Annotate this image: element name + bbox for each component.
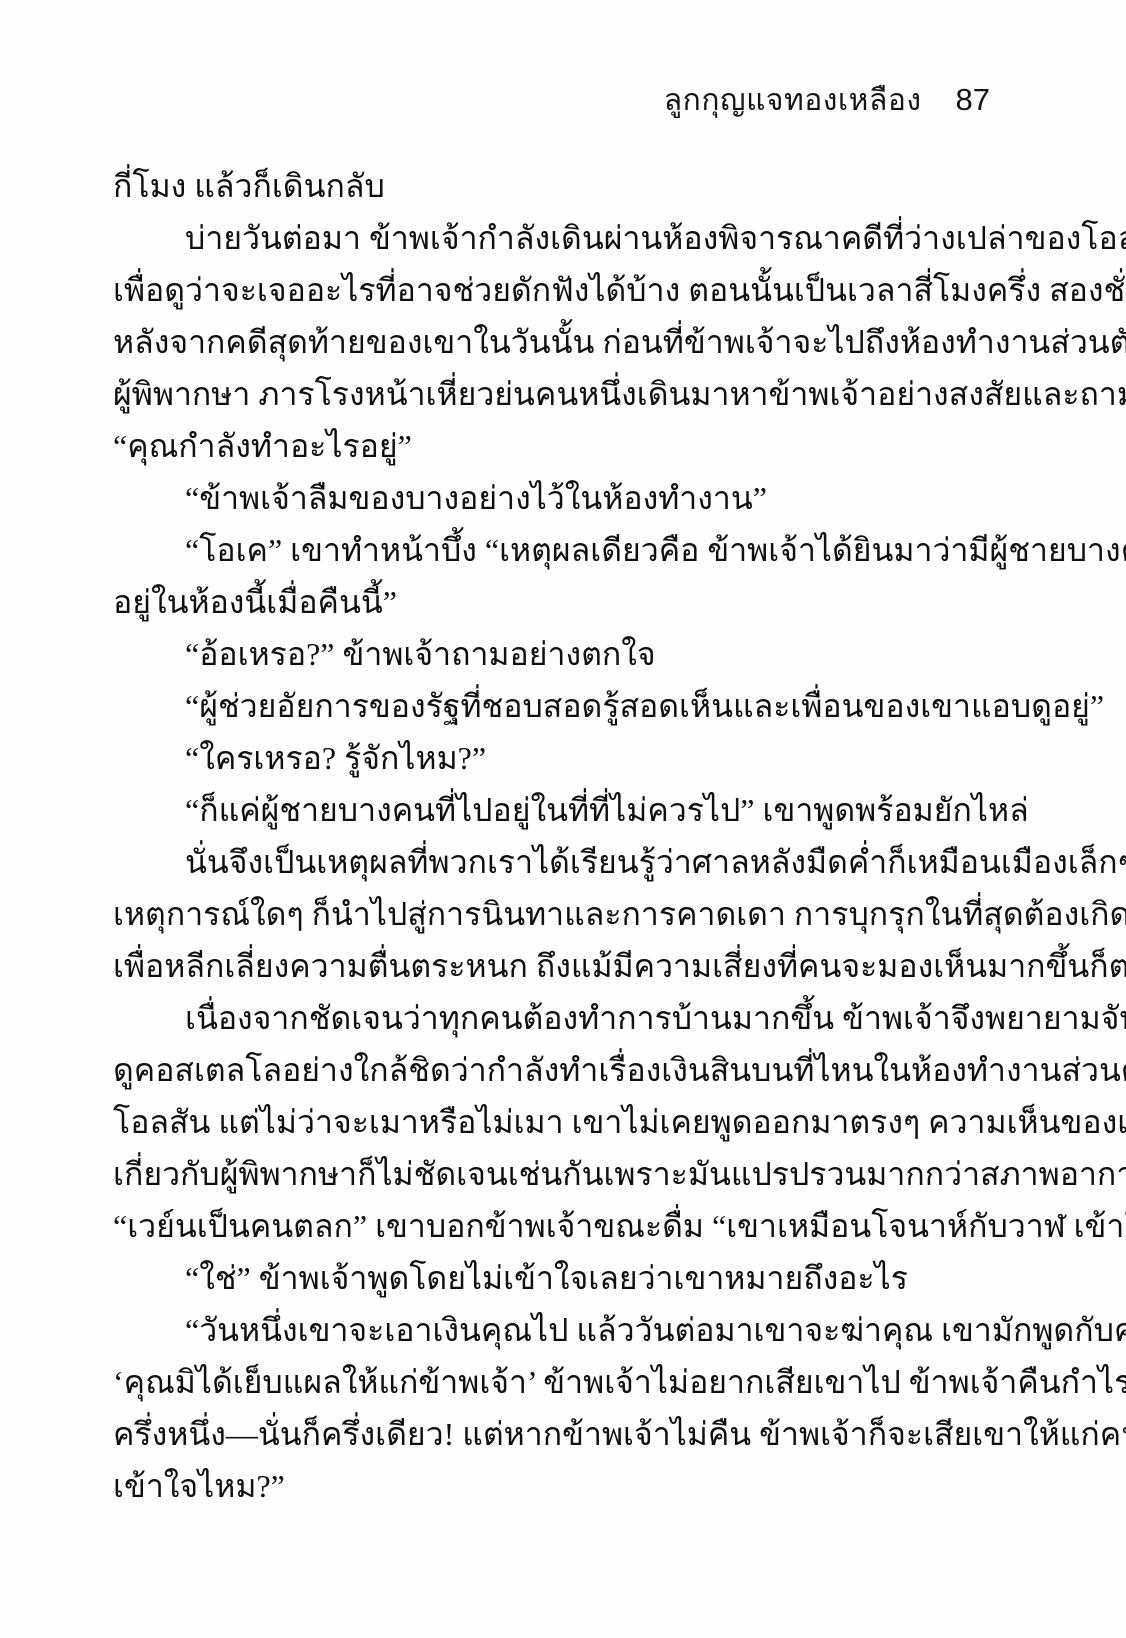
text-line: “ก็แค่ผู้ชายบางคนที่ไปอยู่ในที่ที่ไม่ควร… [113,784,1018,836]
text-line: “คุณกำลังทำอะไรอยู่” [113,420,1018,472]
text-line: “ข้าพเจ้าลืมของบางอย่างไว้ในห้องทำงาน” [113,472,1018,524]
text-line: บ่ายวันต่อมา ข้าพเจ้ากำลังเดินผ่านห้องพิ… [113,212,1018,264]
text-line: เหตุการณ์ใดๆ ก็นำไปสู่การนินทาและการคาดเ… [113,888,1018,940]
text-line: “อ้อเหรอ?” ข้าพเจ้าถามอย่างตกใจ [113,628,1018,680]
text-line: ดูคอสเตลโลอย่างใกล้ชิดว่ากำลังทำเรื่องเง… [113,1044,1018,1096]
text-line: หลังจากคดีสุดท้ายของเขาในวันนั้น ก่อนที่… [113,316,1018,368]
text-line: ‘คุณมิได้เย็บแผลให้แก่ข้าพเจ้า’ ข้าพเจ้า… [113,1356,1018,1408]
text-line: อยู่ในห้องนี้เมื่อคืนนี้” [113,576,1018,628]
text-line: เข้าใจไหม?” [113,1460,1018,1512]
text-line: ผู้พิพากษา ภารโรงหน้าเหี่ยวย่นคนหนึ่งเดิ… [113,368,1018,420]
text-line: “ใช่” ข้าพเจ้าพูดโดยไม่เข้าใจเลยว่าเขาหม… [113,1252,1018,1304]
text-line: เพื่อหลีกเลี่ยงความตื่นตระหนก ถึงแม้มีคว… [113,940,1018,992]
running-header-title: ลูกกุญแจทองเหลือง [664,83,922,119]
text-line: เกี่ยวกับผู้พิพากษาก็ไม่ชัดเจนเช่นกันเพร… [113,1148,1018,1200]
text-line: “วันหนึ่งเขาจะเอาเงินคุณไป แล้ววันต่อมาเ… [113,1304,1018,1356]
text-line: ครึ่งหนึ่ง—นั่นก็ครึ่งเดียว! แต่หากข้าพเ… [113,1408,1018,1460]
text-line: เพื่อดูว่าจะเจออะไรที่อาจช่วยดักฟังได้บ้… [113,264,1018,316]
text-line: นั่นจึงเป็นเหตุผลที่พวกเราได้เรียนรู้ว่า… [113,836,1018,888]
book-page: ลูกกุญแจทองเหลือง 87 กี่โมง แล้วก็เดินกล… [0,0,1126,1638]
text-line: กี่โมง แล้วก็เดินกลับ [113,160,1018,212]
text-line: “ผู้ช่วยอัยการของรัฐที่ชอบสอดรู้สอดเห็นแ… [113,680,1018,732]
running-header: ลูกกุญแจทองเหลือง 87 [113,82,990,119]
text-line: โอลสัน แต่ไม่ว่าจะเมาหรือไม่เมา เขาไม่เค… [113,1096,1018,1148]
text-line: “โอเค” เขาทำหน้าบึ้ง “เหตุผลเดียวคือ ข้า… [113,524,1018,576]
text-line: เนื่องจากชัดเจนว่าทุกคนต้องทำการบ้านมากข… [113,992,1018,1044]
body-text: กี่โมง แล้วก็เดินกลับ บ่ายวันต่อมา ข้าพเ… [113,160,1018,1512]
page-number: 87 [956,82,990,118]
text-line: “เวย์นเป็นคนตลก” เขาบอกข้าพเจ้าขณะดื่ม “… [113,1200,1018,1252]
text-line: “ใครเหรอ? รู้จักไหม?” [113,732,1018,784]
